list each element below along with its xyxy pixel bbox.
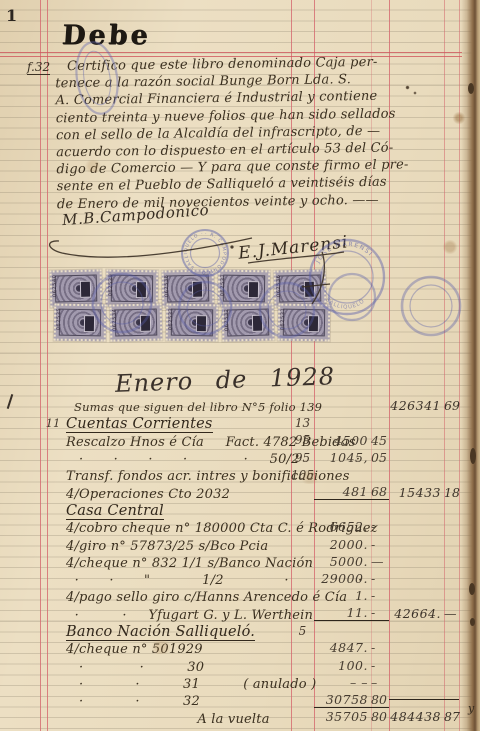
row-amount-col2-cents: — (444, 606, 459, 621)
edge-blot (468, 83, 474, 94)
row-amount-col2-cents: 69 (444, 398, 459, 413)
row-description: 4/cheque n° 832 1/1 s/Banco Nación (66, 552, 291, 571)
row-description: · · · · · 50/2 · (66, 448, 291, 467)
row-amount-col1-main: 5000. (314, 554, 371, 569)
row-description: Sumas que siguen del libro N°5 folio 139 (66, 396, 291, 415)
stamp-serial-number: 062533 (168, 308, 174, 331)
row-amount-col1-cents: - (371, 537, 389, 552)
ledger-row: 4/cobro cheque n° 180000 Cta C. é Rodrig… (40, 518, 459, 535)
revenue-stamp: 062534 (110, 303, 163, 341)
stamp-serial-number: 062540 (52, 274, 59, 297)
row-amount-col2-cents: 18 (444, 485, 459, 500)
row-amount-col1-main: 4847. (314, 640, 371, 655)
row-amount-col1: 6652.- (314, 519, 389, 534)
stamp-center-block (252, 315, 263, 332)
row-amount-col2-cents: 87 (444, 709, 459, 724)
row-margin-number: 11 (40, 416, 66, 430)
row-description: 4/cobro cheque n° 180000 Cta C. é Rodrig… (66, 517, 291, 536)
ledger-row: · · 323075880 (40, 691, 459, 708)
ledger-row: 4/pago sello giro c/Hanns Arencedo é Cía… (40, 587, 459, 604)
row-amount-col1-main: 100. (314, 658, 371, 673)
row-description: Rescalzo Hnos é Cía Fact. 4782 Bebidas (66, 431, 291, 450)
row-description: · · 31 ( anulado ) (66, 673, 291, 692)
row-folio-number: 95 (291, 451, 314, 465)
row-description: · · " 1/2 · · (66, 569, 291, 588)
row-folio-number: 105 (291, 468, 314, 482)
edge-blot (469, 583, 475, 595)
stamp-center-block (248, 281, 259, 298)
ledger-row: 4/cheque n° 832 1/1 s/Banco Nación5000.— (40, 553, 459, 570)
row-amount-col1-cents: – (371, 675, 389, 690)
row-description-text: A la vuelta (197, 712, 269, 727)
row-description: A la vuelta (66, 708, 291, 727)
row-amount-col1: 29000.- (314, 571, 389, 586)
ledger-row: · · 30100.- (40, 656, 459, 673)
row-description: · · Yfugart G. y L. Werthein (66, 604, 291, 623)
ledger-row: · · " 1/2 · ·29000.- (40, 570, 459, 587)
row-amount-col1: 3570580 (314, 709, 389, 724)
revenue-stamp: 062540 (50, 269, 103, 307)
stamp-center-block (304, 281, 315, 298)
row-amount-col1: – –– (314, 675, 389, 690)
row-amount-col1-cents: - (371, 588, 389, 603)
row-amount-col2-main: 15433 (389, 485, 444, 500)
margin-folio-note: f.32 (27, 60, 50, 75)
ledger-row: Transf. fondos acr. intres y bonificacio… (40, 466, 459, 483)
revenue-stamp: 062537 (218, 270, 271, 308)
ledger-row: 11Cuentas Corrientes13 (40, 414, 459, 431)
stamp-center-block (136, 281, 147, 298)
row-amount-col1-main: 29000. (314, 571, 371, 586)
row-amount-col1: 2000.- (314, 537, 389, 552)
row-amount-col1-main: – – (314, 675, 371, 690)
revenue-stamp: 062535 (54, 304, 107, 342)
stamp-serial-number: 062539 (108, 274, 114, 297)
stamp-center-block (84, 315, 95, 332)
row-amount-col1: 4847.- (314, 640, 389, 655)
ledger-row: 4/giro n° 57873/25 s/Bco Pcia2000.- (40, 535, 459, 552)
stamp-serial-number: 062538 (164, 274, 171, 297)
row-amount-col1-main: 6652. (314, 519, 371, 534)
row-amount-col1-cents: 80 (371, 692, 389, 707)
row-amount-col1: 100.- (314, 658, 389, 673)
stamp-center-block (192, 281, 203, 298)
row-amount-col2: 42664.— (389, 606, 459, 621)
row-description: 4/pago sello giro c/Hanns Arencedo é Cía (66, 586, 291, 605)
revenue-stamp: 062538 (162, 269, 215, 307)
ledger-page: 1 Debe f.32 Certifico que este libro den… (0, 0, 480, 731)
edge-pen-mark: y (468, 702, 474, 715)
row-amount-col2: 42634169 (389, 398, 459, 413)
column-rule-right (459, 0, 460, 731)
row-amount-col1: 48168 (314, 484, 389, 500)
page-number: 1 (6, 6, 17, 25)
stamp-center-block (140, 315, 151, 332)
row-amount-col2: 48443887 (389, 709, 459, 724)
row-amount-col1-cents: - (371, 640, 389, 655)
row-amount-col2-main: 426341 (389, 398, 444, 413)
row-description: Banco Nación Salliqueló. (66, 621, 291, 640)
row-description: Transf. fondos acr. intres y bonificacio… (66, 465, 291, 484)
row-description: 4/cheque n° 501929 (66, 638, 291, 657)
row-amount-col1-cents: - (371, 658, 389, 673)
row-description: Casa Central (66, 500, 291, 519)
row-amount-col1-cents: 80 (371, 709, 389, 724)
row-amount-col1-cents: - (371, 605, 389, 620)
row-description: 4/giro n° 57873/25 s/Bco Pcia (66, 535, 291, 554)
row-amount-col2-main: 484438 (389, 709, 444, 724)
revenue-stamp: 062539 (106, 270, 159, 308)
certification-text: Certifico que este libro denominado Caja… (55, 54, 387, 213)
row-amount-col1-main: 2000. (314, 537, 371, 552)
header-rule-top (0, 52, 462, 53)
row-amount-col1-main: 481 (314, 484, 371, 499)
edge-blot (470, 448, 476, 464)
row-description: · · 32 (66, 690, 291, 709)
revenue-stamp: 062533 (166, 304, 219, 342)
stamp-center-block (196, 315, 207, 332)
row-amount-col1-main: 1045, (314, 450, 371, 465)
stamp-serial-number: 062536 (276, 274, 283, 297)
stamp-serial-number: 062534 (112, 308, 119, 331)
ledger-rows: Sumas que siguen del libro N°5 folio 139… (40, 397, 459, 726)
row-description: 4/Operaciones Cto 2032 (66, 483, 291, 502)
row-folio-number: 5 (291, 624, 314, 638)
row-amount-col1-main: 4500 (314, 433, 371, 448)
stamp-serial-number: 062535 (56, 308, 62, 331)
row-description: Cuentas Corrientes (66, 413, 291, 432)
ledger-row: Banco Nación Salliqueló.5 (40, 622, 459, 639)
row-amount-col1-main: 11. (314, 605, 371, 620)
row-amount-col1-main: 30758 (314, 692, 371, 707)
row-description: · · 30 (66, 656, 291, 675)
ledger-row: · · Yfugart G. y L. Werthein11.-42664.— (40, 605, 459, 622)
row-amount-col1: 3075880 (314, 692, 389, 708)
row-amount-col1: 1.- (314, 588, 389, 603)
row-amount-col1-cents: 05 (371, 450, 389, 465)
revenue-stamp: 062536 (274, 269, 327, 307)
row-amount-col1-cents: 45 (371, 433, 389, 448)
ledger-row: 4/Operaciones Cto 2032481681543318 (40, 483, 459, 500)
row-description-text: Sumas que siguen del libro N°5 folio 139 (66, 400, 322, 414)
row-amount-col2: 1543318 (389, 485, 459, 500)
revenue-stamps-block: 0625400625390625380625370625360625350625… (50, 270, 390, 346)
ledger-row: 4/cheque n° 5019294847.- (40, 639, 459, 656)
ledger-row: Sumas que siguen del libro N°5 folio 139… (40, 397, 459, 414)
stamp-center-block (308, 315, 319, 332)
row-amount-col1-cents: - (371, 519, 389, 534)
ledger-row: A la vuelta357058048443887 (40, 708, 459, 725)
row-amount-col1-main: 1. (314, 588, 371, 603)
edge-blot (470, 618, 475, 626)
stamp-serial-number: 062531 (280, 308, 286, 331)
ledger-row: · · · · · 50/2 ·951045,05 (40, 449, 459, 466)
stamp-center-block (80, 281, 91, 298)
row-amount-col2-main: 42664. (389, 606, 444, 621)
row-amount-col1-main: 35705 (314, 709, 371, 724)
revenue-stamp: 062531 (278, 304, 331, 342)
stamp-serial-number: 062537 (220, 274, 226, 297)
row-amount-col1-cents: 68 (371, 484, 389, 499)
row-amount-col1-cents: — (371, 554, 389, 569)
row-amount-col1-cents: - (371, 571, 389, 586)
page-title: Debe (61, 20, 152, 51)
row-folio-number: 13 (291, 416, 314, 430)
stamp-serial-number: 062532 (224, 308, 231, 331)
ledger-row: · · 31 ( anulado )– –– (40, 674, 459, 691)
row-amount-col2 (389, 699, 459, 700)
row-amount-col1: 11.- (314, 605, 389, 621)
row-folio-number: 95 (291, 433, 314, 447)
row-amount-col1: 5000.— (314, 554, 389, 569)
revenue-stamp: 062532 (222, 303, 275, 341)
ledger-row: Casa Central (40, 501, 459, 518)
row-amount-col1: 1045,05 (314, 450, 389, 465)
ledger-row: Rescalzo Hnos é Cía Fact. 4782 Bebidas95… (40, 432, 459, 449)
row-amount-col1: 450045 (314, 433, 389, 448)
